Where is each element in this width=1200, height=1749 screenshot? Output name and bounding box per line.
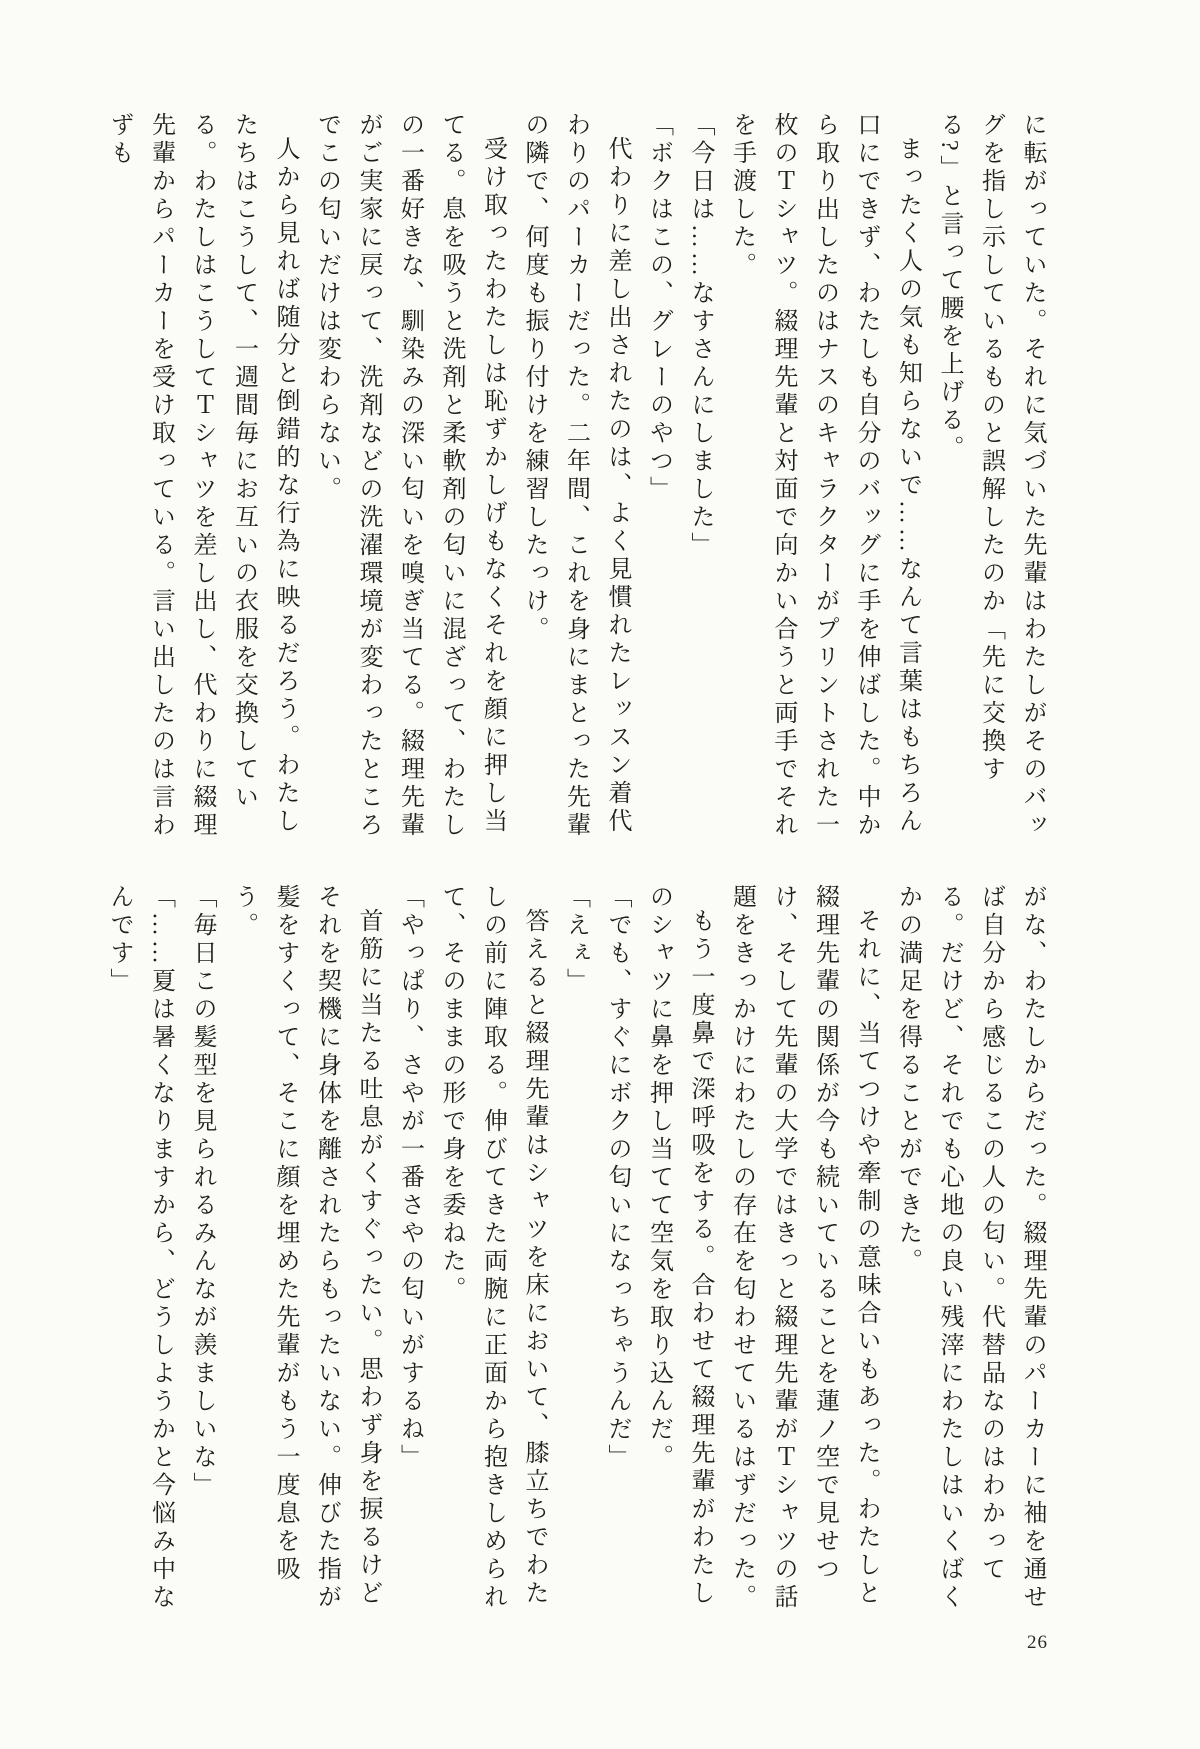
paragraph: まったく人の気も知らないで……なんて言葉はもちろん口にできず、わたしも自分のバッ… xyxy=(720,112,928,842)
paragraph: 「やっぱり、さやが一番さやの匂いがするね」 xyxy=(388,884,430,1614)
paragraph: 受け取ったわたしは恥ずかしげもなくそれを顔に押し当てる。息を吸うと洗剤と柔軟剤の… xyxy=(305,112,513,842)
paragraph: もう一度鼻で深呼吸をする。合わせて綴理先輩がわたしのシャツに鼻を押し当てて空気を… xyxy=(637,884,720,1614)
paragraph: 答えると綴理先輩はシャツを床において、膝立ちでわたしの前に陣取る。伸びてきた両腕… xyxy=(430,884,555,1614)
paragraph: 代わりに差し出されたのは、よく見慣れたレッスン着代わりのパーカーだった。二年間、… xyxy=(513,112,638,842)
paragraph: 人から見れば随分と倒錯的な行為に映るだろう。わたしたちはこうして、一週間毎にお互… xyxy=(98,112,306,842)
paragraph: 「でも、すぐにボクの匂いになっちゃうんだ」 xyxy=(596,884,638,1614)
paragraph: 「……夏は暑くなりますから、どうしようかと今悩み中なんです」 xyxy=(98,884,181,1614)
text-block-top: に転がっていた。それに気づいた先輩はわたしがそのバッグを指し示しているものと誤解… xyxy=(98,112,1053,842)
paragraph: 首筋に当たる吐息がくすぐったい。思わず身を捩るけどそれを契機に身体を離されたらも… xyxy=(222,884,388,1614)
paragraph: に転がっていた。それに気づいた先輩はわたしがそのバッグを指し示しているものと誤解… xyxy=(928,112,1053,842)
book-page: に転がっていた。それに気づいた先輩はわたしがそのバッグを指し示しているものと誤解… xyxy=(0,0,1200,1749)
paragraph: 「ボクはこの、グレーのやつ」 xyxy=(637,112,679,842)
text-block-bottom: がな、わたしからだった。綴理先輩のパーカーに袖を通せば自分から感じるこの人の匂い… xyxy=(98,884,1053,1614)
paragraph: がな、わたしからだった。綴理先輩のパーカーに袖を通せば自分から感じるこの人の匂い… xyxy=(886,884,1052,1614)
page-number: 26 xyxy=(1027,1632,1048,1654)
paragraph: 「えぇ」 xyxy=(554,884,596,1614)
paragraph: 「毎日この髪型を見られるみんなが羨ましいな」 xyxy=(181,884,223,1614)
paragraph: それに、当てつけや牽制の意味合いもあった。わたしと綴理先輩の関係が今も続いている… xyxy=(720,884,886,1614)
paragraph: 「今日は……なすさんにしました」 xyxy=(679,112,721,842)
